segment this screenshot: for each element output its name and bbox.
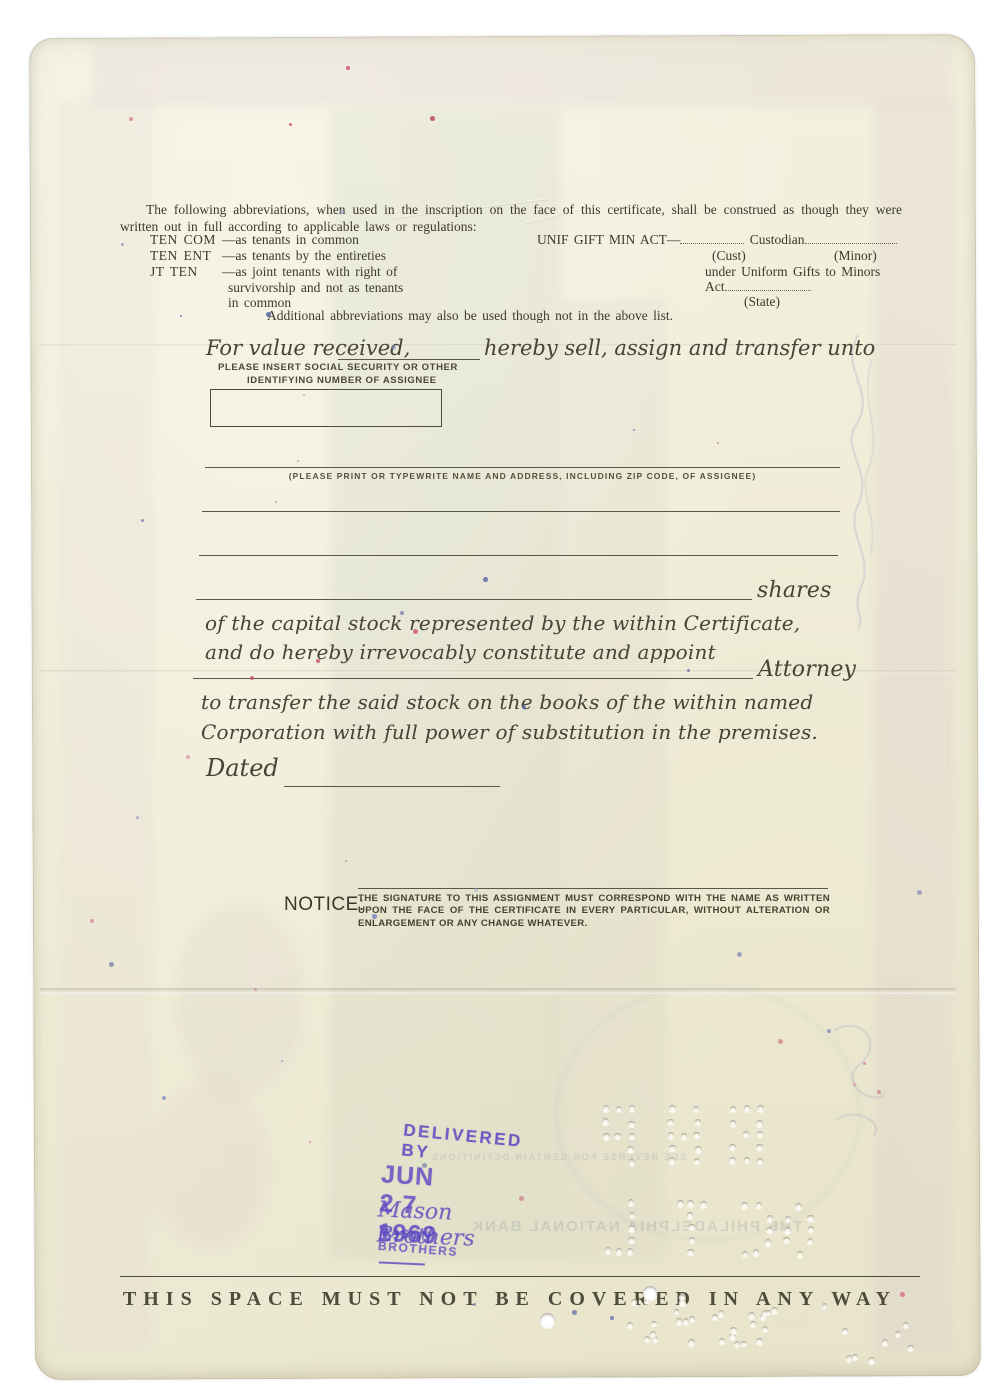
assignee-line-2 bbox=[202, 511, 840, 512]
abbr-ten-ent-code: TEN ENT bbox=[150, 248, 222, 264]
abbr-jt-ten-def-2: survivorship and not as tenants bbox=[228, 280, 403, 296]
abbr-ten-ent: TEN ENT—as tenants by the entireties bbox=[150, 248, 386, 264]
corporation-substitution-script-line: Corporation with full power of substitut… bbox=[201, 720, 818, 744]
unif-gift-label: UNIF GIFT MIN ACT— bbox=[537, 232, 680, 247]
paper-speck bbox=[917, 890, 922, 895]
punch-hole-2 bbox=[540, 1313, 555, 1328]
abbr-ten-com: TEN COM—as tenants in common bbox=[150, 232, 359, 248]
constitute-appoint-script-line: and do hereby irrevocably constitute and… bbox=[205, 640, 716, 664]
paper-speck bbox=[827, 1029, 831, 1033]
dated-blank-line bbox=[284, 786, 500, 787]
abbr-jt-ten-code: JT TEN bbox=[150, 264, 222, 280]
custodian-label: Custodian bbox=[750, 232, 805, 247]
paper-speck bbox=[717, 442, 719, 444]
paper-speck bbox=[121, 243, 124, 246]
custodian-blank-line bbox=[680, 232, 744, 244]
paper-speck bbox=[400, 611, 404, 615]
capital-stock-script-line: of the capital stock represented by the … bbox=[205, 611, 800, 635]
paper-speck bbox=[853, 1083, 856, 1086]
for-value-received-script: For value received, bbox=[206, 336, 410, 360]
dated-word: Dated bbox=[206, 754, 279, 782]
paper-speck bbox=[483, 577, 488, 582]
additional-abbreviations-note: Additional abbreviations may also be use… bbox=[120, 308, 820, 324]
attorney-blank-line bbox=[193, 678, 753, 679]
signature-line bbox=[358, 888, 828, 889]
unif-gift-min-act-line: UNIF GIFT MIN ACT— Custodian bbox=[537, 232, 897, 248]
paper-speck bbox=[90, 919, 94, 923]
shares-blank-line bbox=[196, 599, 752, 600]
abbr-ten-com-code: TEN COM bbox=[150, 232, 222, 248]
notice-text: THE SIGNATURE TO THIS ASSIGNMENT MUST CO… bbox=[358, 893, 830, 930]
abbr-jt-ten: JT TEN—as joint tenants with right of bbox=[150, 264, 397, 280]
paper-speck bbox=[141, 519, 144, 522]
paper-speck bbox=[610, 1316, 614, 1320]
scanned-certificate-back: THE PHILADELPHIA NATIONAL BANK SEE REVER… bbox=[0, 0, 1000, 1388]
paper-speck bbox=[136, 816, 139, 819]
paper-speck bbox=[430, 116, 435, 121]
paper-speck bbox=[289, 123, 292, 126]
paper-speck bbox=[186, 755, 190, 759]
cust-caption: (Cust) bbox=[712, 248, 746, 264]
abbr-jt-ten-def: —as joint tenants with right of bbox=[222, 264, 397, 279]
paper-speck bbox=[372, 914, 377, 919]
ssn-instruction-line2: IDENTIFYING NUMBER OF ASSIGNEE bbox=[247, 375, 437, 386]
notice-label: NOTICE: bbox=[284, 894, 365, 916]
assignee-instruction: (PLEASE PRINT OR TYPEWRITE NAME AND ADDR… bbox=[205, 471, 840, 481]
paper-speck bbox=[572, 1310, 577, 1315]
paper-speck bbox=[778, 1039, 783, 1044]
paper-speck bbox=[266, 312, 271, 317]
custodian-name-blank-line bbox=[805, 232, 897, 244]
paper-speck bbox=[737, 952, 742, 957]
act-line: Act bbox=[705, 279, 811, 295]
abbr-ten-ent-def: —as tenants by the entireties bbox=[222, 248, 386, 263]
under-uniform-gifts-line: under Uniform Gifts to Minors bbox=[705, 264, 880, 280]
abbr-ten-com-def: —as tenants in common bbox=[222, 232, 359, 247]
paper-speck bbox=[180, 315, 182, 317]
paper-speck bbox=[474, 888, 478, 892]
transfer-books-script-line: to transfer the said stock on the books … bbox=[201, 690, 813, 714]
assignee-line-1 bbox=[205, 467, 840, 468]
sell-assign-transfer-script: hereby sell, assign and transfer unto bbox=[484, 336, 875, 360]
paper-speck bbox=[422, 1163, 427, 1168]
footer-warning: THIS SPACE MUST NOT BE COVERED IN ANY WA… bbox=[110, 1288, 910, 1311]
seller-name-blank-line bbox=[338, 359, 480, 360]
paper-speck bbox=[877, 1090, 881, 1094]
paper-speck bbox=[129, 117, 133, 121]
act-label: Act bbox=[705, 279, 725, 294]
ghost-handwriting-2 bbox=[824, 1010, 894, 1140]
ssn-entry-box bbox=[210, 389, 442, 427]
shares-word: shares bbox=[757, 578, 832, 603]
attorney-word: Attorney bbox=[758, 657, 856, 682]
footer-rule bbox=[120, 1276, 920, 1277]
abbreviations-intro: The following abbreviations, when used i… bbox=[120, 202, 902, 235]
assignee-line-3 bbox=[199, 555, 838, 556]
paper-speck bbox=[863, 1062, 866, 1065]
minor-caption: (Minor) bbox=[834, 248, 877, 264]
act-blank-line bbox=[725, 279, 811, 291]
punch-hole bbox=[643, 1286, 657, 1300]
ssn-instruction-line1: PLEASE INSERT SOCIAL SECURITY OR OTHER bbox=[218, 362, 458, 373]
paper-speck bbox=[162, 1096, 166, 1100]
paper-speck bbox=[346, 66, 350, 70]
